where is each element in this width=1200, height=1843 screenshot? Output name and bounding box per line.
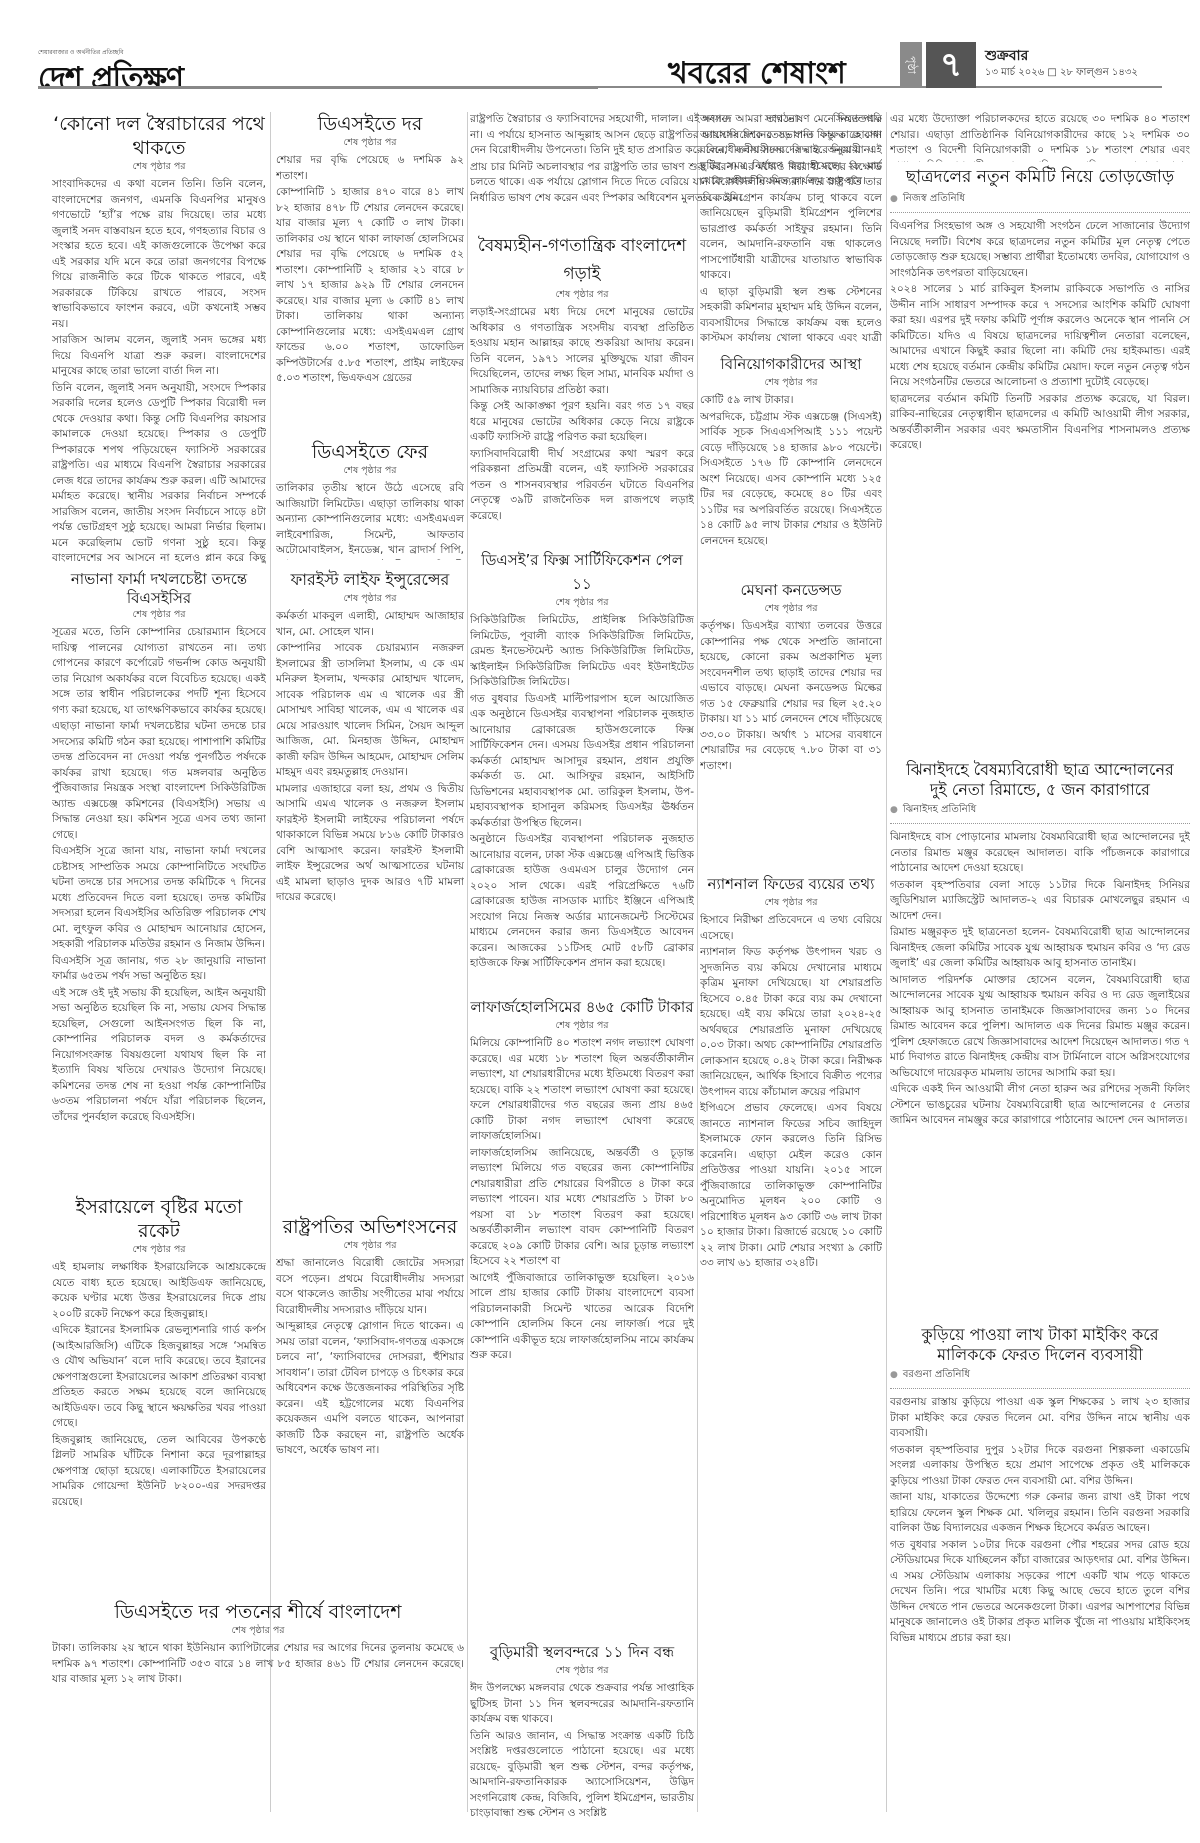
article-dse-potone[interactable]: ডিএসইতে দর পতনের শীর্ষে বাংলাদেশ শেষ পৃষ…	[52, 1600, 464, 1815]
article-paragraph: জানা যায়, যাকাতের উদ্দেশ্যে গরু কেনার জ…	[890, 1490, 1190, 1537]
article-headline[interactable]: কুড়িয়ে পাওয়া লাখ টাকা মাইকিং করে	[890, 1325, 1190, 1345]
article-jhenaidah[interactable]: ঝিনাইদহে বৈষম্যবিরোধী ছাত্র আন্দোলনের দু…	[890, 760, 1190, 1320]
article-lafarge[interactable]: লাফার্জহোলসিমের ৪৬৫ কোটি টাকার শেষ পৃষ্ঠ…	[470, 995, 694, 1635]
article-headline[interactable]: বুড়িমারী স্থলবন্দরে ১১ দিন বন্ধ	[470, 1640, 694, 1664]
masthead-rule	[38, 86, 598, 89]
column-divider	[697, 112, 698, 1812]
article-paragraph: লড়াই-সংগ্রামের মধ্য দিয়ে দেশে মানুষের …	[470, 305, 694, 398]
article-paragraph: শেয়ার দর বৃদ্ধি পেয়েছে ৬ দশমিক ৯২ শতাং…	[276, 153, 464, 184]
article-headline[interactable]: বৈষম্যহীন-গণতান্ত্রিক বাংলাদেশ গড়াই	[470, 232, 694, 288]
jump-label: শেষ পৃষ্ঠার পর	[276, 1239, 464, 1254]
article-first-life[interactable]: ফারইস্ট লাইফ ইন্সুরেন্সের শেষ পৃষ্ঠার পর…	[276, 568, 464, 1208]
article-paragraph: বিএসইসি সূত্র জানায়, গত ২৮ জানুয়ারি না…	[52, 954, 266, 985]
page-number: ৭	[926, 42, 976, 88]
article-headline[interactable]: ইসরায়েলে বৃষ্টির মতো রকেট	[52, 1195, 266, 1243]
article-paragraph: কোম্পানির সাবেক চেয়ারম্যান নজরুল ইসলামে…	[276, 641, 464, 781]
article-paragraph: হিজবুল্লাহ জানিয়েছে, তেল আবিবের উপকণ্ঠে…	[52, 1433, 266, 1511]
article-paragraph: অপরদিকে, চট্টগ্রাম স্টক এক্সচেঞ্জ (সিএসই…	[700, 410, 882, 550]
article-paragraph: আব্দুল্লাহর নেতৃত্বে স্লোগান দিতে থাকেন।…	[276, 1319, 464, 1459]
article-kono-dol[interactable]: ‘কোনো দল স্বৈরাচারের পথে থাকতে শেষ পৃষ্ঠ…	[52, 112, 266, 567]
masthead: শেয়ারবাজার ও অর্থনীতির প্রতিচ্ছবি দেশ প…	[38, 0, 1162, 98]
newspaper-logo[interactable]: দেশ প্রতিক্ষণ	[38, 54, 183, 105]
article-paragraph: তিনি বলেন, জুলাই সনদ অনুযায়ী, সংসদে স্প…	[52, 381, 266, 568]
jump-label: শেষ পৃষ্ঠার পর	[700, 896, 882, 911]
page-label: পৃষ্ঠা	[900, 42, 922, 88]
article-paragraph: এই হামলায় লক্ষাধিক ইসরায়েলিকে আশ্রয়কে…	[52, 1260, 266, 1322]
article-paragraph: বিএনপির সিংহভাগ অঙ্গ ও সহযোগী সংগঠন ঢেলে…	[890, 219, 1190, 281]
column-divider	[467, 112, 468, 1812]
article-paragraph: ন্যাশনাল ফিড কর্তৃপক্ষ উৎপাদন খরচ ও সুদজ…	[700, 945, 882, 1100]
article-paragraph: হিসাবে নিরীক্ষা প্রতিবেদনে এ তথ্য বেরিয়…	[700, 913, 882, 944]
article-paragraph: বিএসইসি সূত্রে জানা যায়, নাভানা ফার্মা …	[52, 844, 266, 953]
article-paragraph: সূত্রের মতে, তিনি কোম্পানির চেয়ারম্যান …	[52, 625, 266, 718]
article-paragraph: গত বুধবার ডিএসই মাল্টিপারপাস হলে আয়োজিত…	[470, 692, 694, 832]
dotted-divider	[890, 1388, 1190, 1389]
article-paragraph: সাংবাদিকদের এ কথা বলেন তিনি। তিনি বলেন, …	[52, 177, 266, 332]
article-biniyogkari[interactable]: বিনিয়োগকারীদের আস্থা শেষ পৃষ্ঠার পর কোট…	[700, 352, 882, 572]
jump-label: শেষ পৃষ্ঠার পর	[276, 464, 464, 479]
jump-label: শেষ পৃষ্ঠার পর	[470, 596, 694, 611]
jump-label: শেষ পৃষ্ঠার পর	[700, 376, 882, 391]
article-dse-pher[interactable]: ডিএসইতে ফের শেষ পৃষ্ঠার পর তালিকার তৃতীয…	[276, 440, 464, 560]
article-headline[interactable]: মালিককে ফেরত দিলেন ব্যবসায়ী	[890, 1345, 1190, 1365]
article-headline[interactable]: ছাত্রদলের নতুন কমিটি নিয়ে তোড়জোড়	[890, 165, 1190, 189]
article-chhatradal[interactable]: ছাত্রদলের নতুন কমিটি নিয়ে তোড়জোড় নিজস…	[890, 165, 1190, 755]
article-paragraph: সারজিস আলম বলেন, জুলাই সনদ ভঙ্গের মধ্য দ…	[52, 333, 266, 380]
article-paragraph: তিনি আরও জানান, এ সিদ্ধান্ত সংক্রান্ত এক…	[470, 1729, 694, 1822]
issue-date: ১৩ মার্চ ২০২৬ □ ২৮ ফাল্গুন ১৪৩২	[985, 65, 1138, 82]
article-headline[interactable]: ডিএসইতে ফের	[276, 440, 464, 464]
jump-label: শেষ পৃষ্ঠার পর	[276, 136, 464, 151]
article-paragraph: মামলার এজাহারে বলা হয়, প্রথম ও দ্বিতীয়…	[276, 782, 464, 906]
article-paragraph: টাকা। তালিকায় ২য় স্থানে থাকা ইউনিয়ান …	[52, 1641, 464, 1688]
article-paragraph: কর্তৃপক্ষ। ডিএসইর ব্যাখ্যা তলবের উত্তরে …	[700, 619, 882, 774]
article-headline[interactable]: ঝিনাইদহে বৈষম্যবিরোধী ছাত্র আন্দোলনের	[890, 760, 1190, 780]
dotted-divider	[890, 212, 1190, 213]
article-paragraph: এই সঙ্গে ওই দুই সভায় কী হয়েছিল, আইন অন…	[52, 986, 266, 1126]
article-paragraph: কোম্পানিটি ১ হাজার ৪৭০ বারে ৪১ লাখ ৮২ হা…	[276, 185, 464, 387]
article-paragraph: এর মধ্যে উদ্যোক্তা পরিচালকদের হাতে রয়েছ…	[890, 112, 1190, 162]
byline: ঝিনাইদহ প্রতিনিধি	[890, 802, 1190, 819]
article-shareholding[interactable]: এর মধ্যে উদ্যোক্তা পরিচালকদের হাতে রয়েছ…	[890, 112, 1190, 162]
article-paragraph: অনুষ্ঠানে ডিএসইর ব্যবস্থাপনা পরিচালক নুজ…	[470, 832, 694, 972]
article-paragraph: তবে ইমিগ্রেশন কার্যক্রম চালু থাকবে বলে জ…	[700, 191, 882, 284]
article-burimari[interactable]: বুড়িমারী স্থলবন্দরে ১১ দিন বন্ধ শেষ পৃষ…	[470, 1640, 694, 1830]
article-paragraph: গতকাল বৃহস্পতিবার দুপুর ১২টার দিকে বরগুন…	[890, 1443, 1190, 1490]
jump-label: শেষ পৃষ্ঠার পর	[470, 1664, 694, 1679]
byline: বরগুনা প্রতিনিধি	[890, 1367, 1190, 1384]
column-divider	[886, 112, 887, 1812]
article-national-feed[interactable]: ন্যাশনাল ফিডের ব্যয়ের তথ্য শেষ পৃষ্ঠার …	[700, 872, 882, 1827]
article-headline[interactable]: ফারইস্ট লাইফ ইন্সুরেন্সের	[276, 568, 464, 592]
article-paragraph: ঈদ উপলক্ষ্যে মঙ্গলবার থেকে শুক্রবার পর্য…	[470, 1681, 694, 1728]
article-headline[interactable]: ডিএসইতে দর	[276, 112, 464, 136]
article-paragraph: রিমান্ড মঞ্জুরকৃত দুই ছাত্রনেতা হলেন- বৈ…	[890, 925, 1190, 972]
article-headline[interactable]: ন্যাশনাল ফিডের ব্যয়ের তথ্য	[700, 872, 882, 896]
byline: নিজস্ব প্রতিনিধি	[890, 191, 1190, 208]
jump-label: শেষ পৃষ্ঠার পর	[276, 592, 464, 607]
article-headline[interactable]: ডিএসই’র ফিক্স সার্টিফিকেশন পেল ১১	[470, 548, 694, 596]
section-title: খবরের শেষাংশ	[668, 49, 846, 100]
article-dse-dor[interactable]: ডিএসইতে দর শেষ পৃষ্ঠার পর শেয়ার দর বৃদ্…	[276, 112, 464, 432]
article-paragraph: শ্রদ্ধা জানালেও বিরোধী জোটের সদস্যরা বসে…	[276, 1256, 464, 1318]
article-paragraph: গতকাল বৃহস্পতিবার বেলা সাড়ে ১১টার দিকে …	[890, 878, 1190, 925]
article-paragraph: ছাত্রদলের বর্তমান কমিটি তিনটি সরকার প্রত…	[890, 392, 1190, 454]
article-headline[interactable]: রাষ্ট্রপতির অভিশংসনের	[276, 1215, 464, 1239]
article-paragraph: ফ্যাসিবাদবিরোধী দীর্ঘ সংগ্রামের কথা স্মর…	[470, 447, 694, 525]
article-paragraph: আগেই পুঁজিবাজারে তালিকাভুক্ত হয়েছিল। ২০…	[470, 1271, 694, 1364]
article-paragraph: ২০২৪ সালের ১ মার্চ রাকিবুল ইসলাম রাকিবকে…	[890, 282, 1190, 391]
jump-label: শেষ পৃষ্ঠার পর	[52, 608, 266, 623]
article-paragraph: কিন্তু সেই আকাঙ্ক্ষা পূরণ হয়নি। বরং গত …	[470, 399, 694, 446]
article-headline[interactable]: বিনিয়োগকারীদের আস্থা	[700, 352, 882, 376]
jump-label: শেষ পৃষ্ঠার পর	[470, 288, 694, 303]
article-paragraph: গত বুধবার সকাল ১০টার দিকে বরগুনা পৌর শহর…	[890, 1538, 1190, 1647]
article-headline[interactable]: লাফার্জহোলসিমের ৪৬৫ কোটি টাকার	[470, 995, 694, 1019]
article-rashtropoti-obhishongshon[interactable]: রাষ্ট্রপতির অভিশংসনের শেষ পৃষ্ঠার পর শ্র…	[276, 1215, 464, 1595]
article-paragraph: সিকিউরিটিজ লিমিটেড, প্রাইলিঙ্ক সিকিউরিটি…	[470, 613, 694, 691]
article-paragraph: লাফার্জহোলসিম জানিয়েছে, অন্তর্বর্তী ও চ…	[470, 1146, 694, 1270]
dotted-divider	[890, 823, 1190, 824]
article-nabhana[interactable]: নাভানা ফার্মা দখলচেষ্টা তদন্তে বিএসইসির …	[52, 570, 266, 1190]
jump-label: শেষ পৃষ্ঠার পর	[700, 602, 882, 617]
article-dse-fix[interactable]: ডিএসই’র ফিক্স সার্টিফিকেশন পেল ১১ শেষ পৃ…	[470, 548, 694, 988]
article-paragraph: তালিকার তৃতীয় স্থানে উঠে এসেছে রবি আজিয…	[276, 481, 464, 560]
article-boishommohin[interactable]: বৈষম্যহীন-গণতান্ত্রিক বাংলাদেশ গড়াই শেষ…	[470, 232, 694, 542]
article-paragraph: ঝিনাইদহে বাস পোড়ানোর মামলায় বৈষম্যবিরো…	[890, 830, 1190, 877]
article-headline[interactable]: ডিএসইতে দর পতনের শীর্ষে বাংলাদেশ	[52, 1600, 464, 1624]
article-headline[interactable]: মেঘনা কনডেন্সড	[700, 578, 882, 602]
article-paragraph: বরগুনায় রাস্তায় কুড়িয়ে পাওয়া এক স্ক…	[890, 1395, 1190, 1442]
article-paragraph: কোটি ৫৯ লাখ টাকার।	[700, 393, 882, 409]
article-paragraph: আদালত পরিদর্শক মোক্তার হোসেন বলেন, বৈষম্…	[890, 973, 1190, 1082]
article-headline[interactable]: নাভানা ফার্মা দখলচেষ্টা তদন্তে বিএসইসির	[52, 570, 266, 608]
article-paragraph: অন্যান্য সংগঠন। সিঅ্যান্ডএফ অ্যাসোসিয়েশ…	[700, 112, 882, 190]
article-kuriye[interactable]: কুড়িয়ে পাওয়া লাখ টাকা মাইকিং করে মালি…	[890, 1325, 1190, 1830]
article-paragraph: কর্মকর্তা মাকবুল এলাহী, মোহাম্মদ আজাহার …	[276, 609, 464, 640]
article-paragraph: এদিকে ইরানের ইসলামিক রেভল্যুশনারি গার্ড …	[52, 1323, 266, 1432]
jump-label: শেষ পৃষ্ঠার পর	[52, 160, 266, 175]
article-paragraph: এছাড়া নাভানা ফার্মা দখলচেষ্টার ঘটনা তদন…	[52, 719, 266, 843]
article-headline[interactable]: ‘কোনো দল স্বৈরাচারের পথে থাকতে	[52, 112, 266, 160]
article-israel[interactable]: ইসরায়েলে বৃষ্টির মতো রকেট শেষ পৃষ্ঠার প…	[52, 1195, 266, 1595]
article-headline[interactable]: দুই নেতা রিমান্ডে, ৫ জন কারাগারে	[890, 780, 1190, 800]
jump-label: শেষ পৃষ্ঠার পর	[52, 1624, 464, 1639]
jump-label: শেষ পৃষ্ঠার পর	[52, 1243, 266, 1258]
column-divider	[270, 112, 271, 1812]
jump-label: শেষ পৃষ্ঠার পর	[470, 1019, 694, 1034]
article-paragraph: এদিকে একই দিন আওয়ামী লীগ নেতা হারুন অর …	[890, 1082, 1190, 1129]
article-paragraph: মিলিয়ে কোম্পানিটি ৪০ শতাংশ নগদ লভ্যাংশ …	[470, 1036, 694, 1145]
article-paragraph: ইপিএসে প্রভাব ফেলেছে। এসব বিষয়ে জানতে ন…	[700, 1101, 882, 1272]
article-paragraph: এ ছাড়া বুড়িমারী স্থল শুল্ক স্টেশনের সহ…	[700, 285, 882, 348]
article-burimari-cont[interactable]: অন্যান্য সংগঠন। সিঅ্যান্ডএফ অ্যাসোসিয়েশ…	[700, 112, 882, 347]
article-meghna[interactable]: মেঘনা কনডেন্সড শেষ পৃষ্ঠার পর কর্তৃপক্ষ।…	[700, 578, 882, 868]
